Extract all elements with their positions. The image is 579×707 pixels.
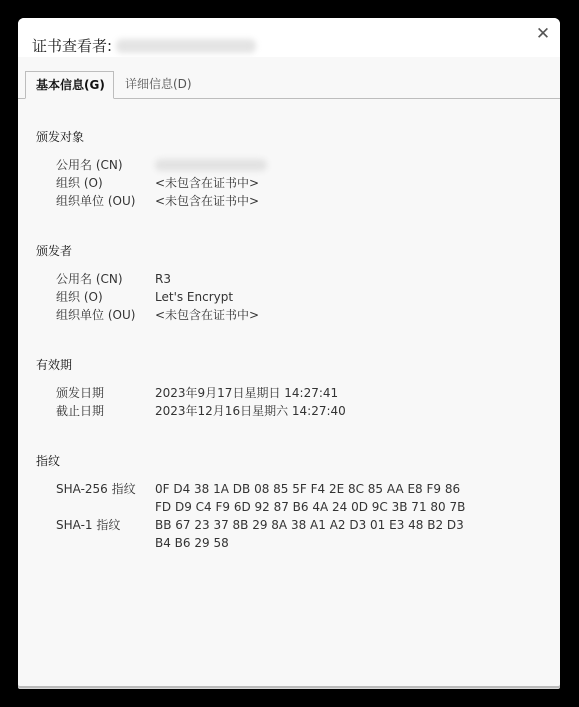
field-label: SHA-1 指纹 bbox=[56, 516, 120, 534]
general-panel: 颁发对象 公用名 (CN) 组织 (O) <未包含在证书中> 组织单位 (OU)… bbox=[18, 99, 560, 686]
dialog-title: 证书查看者: bbox=[32, 35, 256, 56]
field-value: 2023年12月16日星期六 14:27:40 bbox=[155, 402, 346, 420]
field-value: <未包含在证书中> bbox=[155, 192, 259, 210]
section-title-validity: 有效期 bbox=[36, 356, 72, 373]
field-value: <未包含在证书中> bbox=[155, 306, 259, 324]
tab-details[interactable]: 详细信息(D) bbox=[115, 71, 202, 97]
field-label: SHA-256 指纹 bbox=[56, 480, 136, 498]
field-label: 颁发日期 bbox=[56, 384, 104, 402]
field-value: 0F D4 38 1A DB 08 85 5F F4 2E 8C 85 AA E… bbox=[155, 480, 460, 498]
tab-general[interactable]: 基本信息(G) bbox=[25, 71, 114, 99]
field-value: <未包含在证书中> bbox=[155, 174, 259, 192]
field-value: B4 B6 29 58 bbox=[155, 534, 229, 552]
field-value: BB 67 23 37 8B 29 8A 38 A1 A2 D3 01 E3 4… bbox=[155, 516, 464, 534]
field-value: R3 bbox=[155, 270, 171, 288]
field-label: 组织单位 (OU) bbox=[56, 306, 135, 324]
field-label: 组织单位 (OU) bbox=[56, 192, 135, 210]
dialog-title-label: 证书查看者: bbox=[32, 35, 112, 56]
redacted-common-name bbox=[155, 156, 267, 176]
field-label: 公用名 (CN) bbox=[56, 156, 123, 174]
section-title-issuer: 颁发者 bbox=[36, 242, 72, 259]
title-bar: 证书查看者: ✕ bbox=[18, 18, 560, 57]
field-value: 2023年9月17日星期日 14:27:41 bbox=[155, 384, 338, 402]
section-title-fingerprints: 指纹 bbox=[36, 452, 60, 469]
field-label: 组织 (O) bbox=[56, 174, 103, 192]
field-label: 截止日期 bbox=[56, 402, 104, 420]
field-label: 组织 (O) bbox=[56, 288, 103, 306]
field-value: FD D9 C4 F9 6D 92 87 B6 4A 24 0D 9C 3B 7… bbox=[155, 498, 465, 516]
field-value: Let's Encrypt bbox=[155, 288, 233, 306]
section-title-subject: 颁发对象 bbox=[36, 128, 84, 145]
redacted-hostname bbox=[116, 39, 256, 53]
tab-bar: 基本信息(G) 详细信息(D) bbox=[18, 57, 560, 99]
close-icon: ✕ bbox=[536, 24, 550, 44]
close-button[interactable]: ✕ bbox=[535, 26, 551, 42]
certificate-viewer-dialog: 证书查看者: ✕ 基本信息(G) 详细信息(D) 颁发对象 公用名 (CN) 组… bbox=[18, 18, 560, 686]
field-label: 公用名 (CN) bbox=[56, 270, 123, 288]
